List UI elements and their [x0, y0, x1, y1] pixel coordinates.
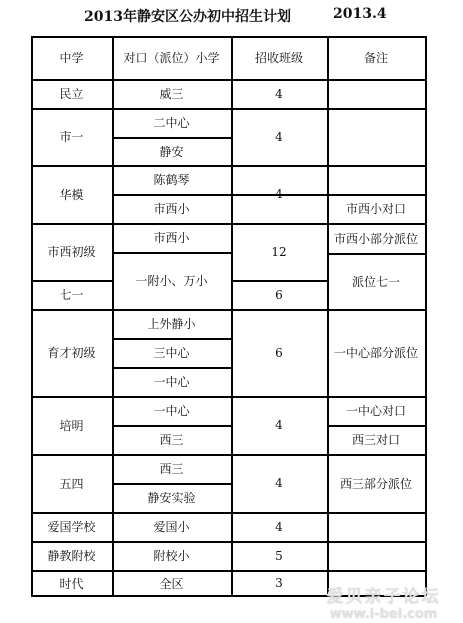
primary-cell: 静安实验 [112, 483, 231, 512]
school-cell: 培明 [31, 396, 112, 454]
school-cell: 民立 [31, 79, 112, 108]
row-divider [31, 570, 426, 572]
row-divider-partial [31, 280, 112, 282]
classes-cell: 4 [231, 454, 327, 512]
row-divider [31, 396, 426, 398]
classes-cell: 3 [231, 570, 327, 596]
primary-cell: 二中心 [112, 108, 231, 137]
school-cell: 育才初级 [31, 309, 112, 396]
school-cell: 静教附校 [31, 541, 112, 570]
primary-cell: 一中心 [112, 396, 231, 425]
school-cell: 五四 [31, 454, 112, 512]
row-divider-partial [327, 253, 426, 255]
row-divider-partial [112, 425, 231, 427]
notes-cell: 市西小部分派位 [327, 223, 425, 253]
classes-cell: 4 [231, 108, 327, 165]
enrollment-table: 中学 对口（派位）小学 招收班级 备注 民立 威三 4 市一 二中心 静安 4 … [0, 0, 463, 623]
notes-cell: 西三部分派位 [327, 454, 425, 512]
school-cell: 时代 [31, 570, 112, 596]
row-divider-partial [112, 367, 231, 369]
row-divider-partial [112, 252, 231, 254]
row-divider [31, 454, 426, 456]
school-cell: 市一 [31, 108, 112, 165]
primary-cell: 静安 [112, 137, 231, 165]
primary-cell-shared: 一附小、万小 [112, 252, 231, 309]
row-divider-partial [112, 137, 231, 139]
school-cell: 华模 [31, 165, 112, 223]
row-divider-partial [112, 194, 426, 196]
watermark-url: www.i-bei.com [316, 607, 451, 622]
row-divider [31, 79, 426, 81]
school-cell: 爱国学校 [31, 512, 112, 541]
header-notes: 备注 [327, 36, 425, 79]
classes-cell: 4 [231, 79, 327, 108]
primary-cell: 一中心 [112, 367, 231, 396]
row-divider [31, 165, 426, 167]
table-border-top [31, 36, 426, 38]
primary-cell: 附校小 [112, 541, 231, 570]
classes-cell: 4 [231, 512, 327, 541]
primary-cell: 上外静小 [112, 309, 231, 338]
row-divider [31, 108, 426, 110]
school-cell: 七一 [31, 280, 112, 309]
school-cell: 市西初级 [31, 223, 112, 280]
primary-cell: 西三 [112, 454, 231, 483]
header-school: 中学 [31, 36, 112, 79]
primary-cell: 全区 [112, 570, 231, 596]
classes-cell: 6 [231, 280, 327, 309]
row-divider [31, 223, 426, 225]
notes-cell: 西三对口 [327, 425, 425, 454]
classes-cell: 12 [231, 223, 327, 280]
notes-cell-shared: 派位七一 [327, 253, 425, 309]
primary-cell: 爱国小 [112, 512, 231, 541]
watermark: 爱贝亲子论坛 www.i-bei.com [316, 582, 451, 622]
row-divider-partial [231, 280, 327, 282]
watermark-text: 爱贝亲子论坛 [316, 582, 451, 607]
notes-cell: 一中心对口 [327, 396, 425, 425]
row-divider-partial [327, 425, 426, 427]
row-divider [31, 309, 426, 311]
header-classes: 招收班级 [231, 36, 327, 79]
header-primary: 对口（派位）小学 [112, 36, 231, 79]
notes-cell: 市西小对口 [327, 194, 425, 223]
primary-cell: 西三 [112, 425, 231, 454]
primary-cell: 市西小 [112, 194, 231, 223]
primary-cell: 市西小 [112, 223, 231, 252]
row-divider [31, 512, 426, 514]
notes-cell: 一中心部分派位 [327, 309, 425, 396]
primary-cell: 威三 [112, 79, 231, 108]
row-divider-partial [112, 483, 231, 485]
classes-cell: 5 [231, 541, 327, 570]
classes-cell: 6 [231, 309, 327, 396]
row-divider [31, 541, 426, 543]
primary-cell: 三中心 [112, 338, 231, 367]
primary-cell: 陈鹤琴 [112, 165, 231, 194]
classes-cell: 4 [231, 396, 327, 454]
row-divider-partial [112, 338, 231, 340]
